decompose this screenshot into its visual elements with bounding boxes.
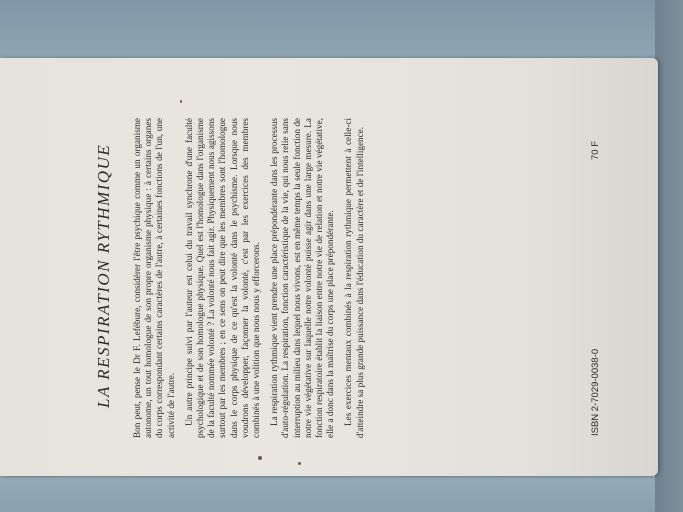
background-surface <box>655 0 683 512</box>
paper-speck <box>258 456 262 460</box>
book-title: LA RESPIRATION RYTHMIQUE <box>94 118 114 408</box>
blurb-paragraph-1: Bon peut, pense le Dr F. Lefébure, consi… <box>132 118 177 438</box>
blurb-paragraph-4: Les exercices mentaux combinés à la resp… <box>343 118 365 438</box>
blurb-paragraph-3: La respiration rythmique vient prendre u… <box>269 118 336 438</box>
isbn-label: ISBN 2-7029-0038-0 <box>590 296 601 436</box>
paper-speck <box>298 462 301 465</box>
blurb-text: Bon peut, pense le Dr F. Lefébure, consi… <box>132 118 373 438</box>
blurb-paragraph-2: Un autre principe suivi par l'auteur est… <box>184 118 262 438</box>
price-label: 70 F <box>590 120 601 160</box>
paper-speck <box>180 100 182 103</box>
